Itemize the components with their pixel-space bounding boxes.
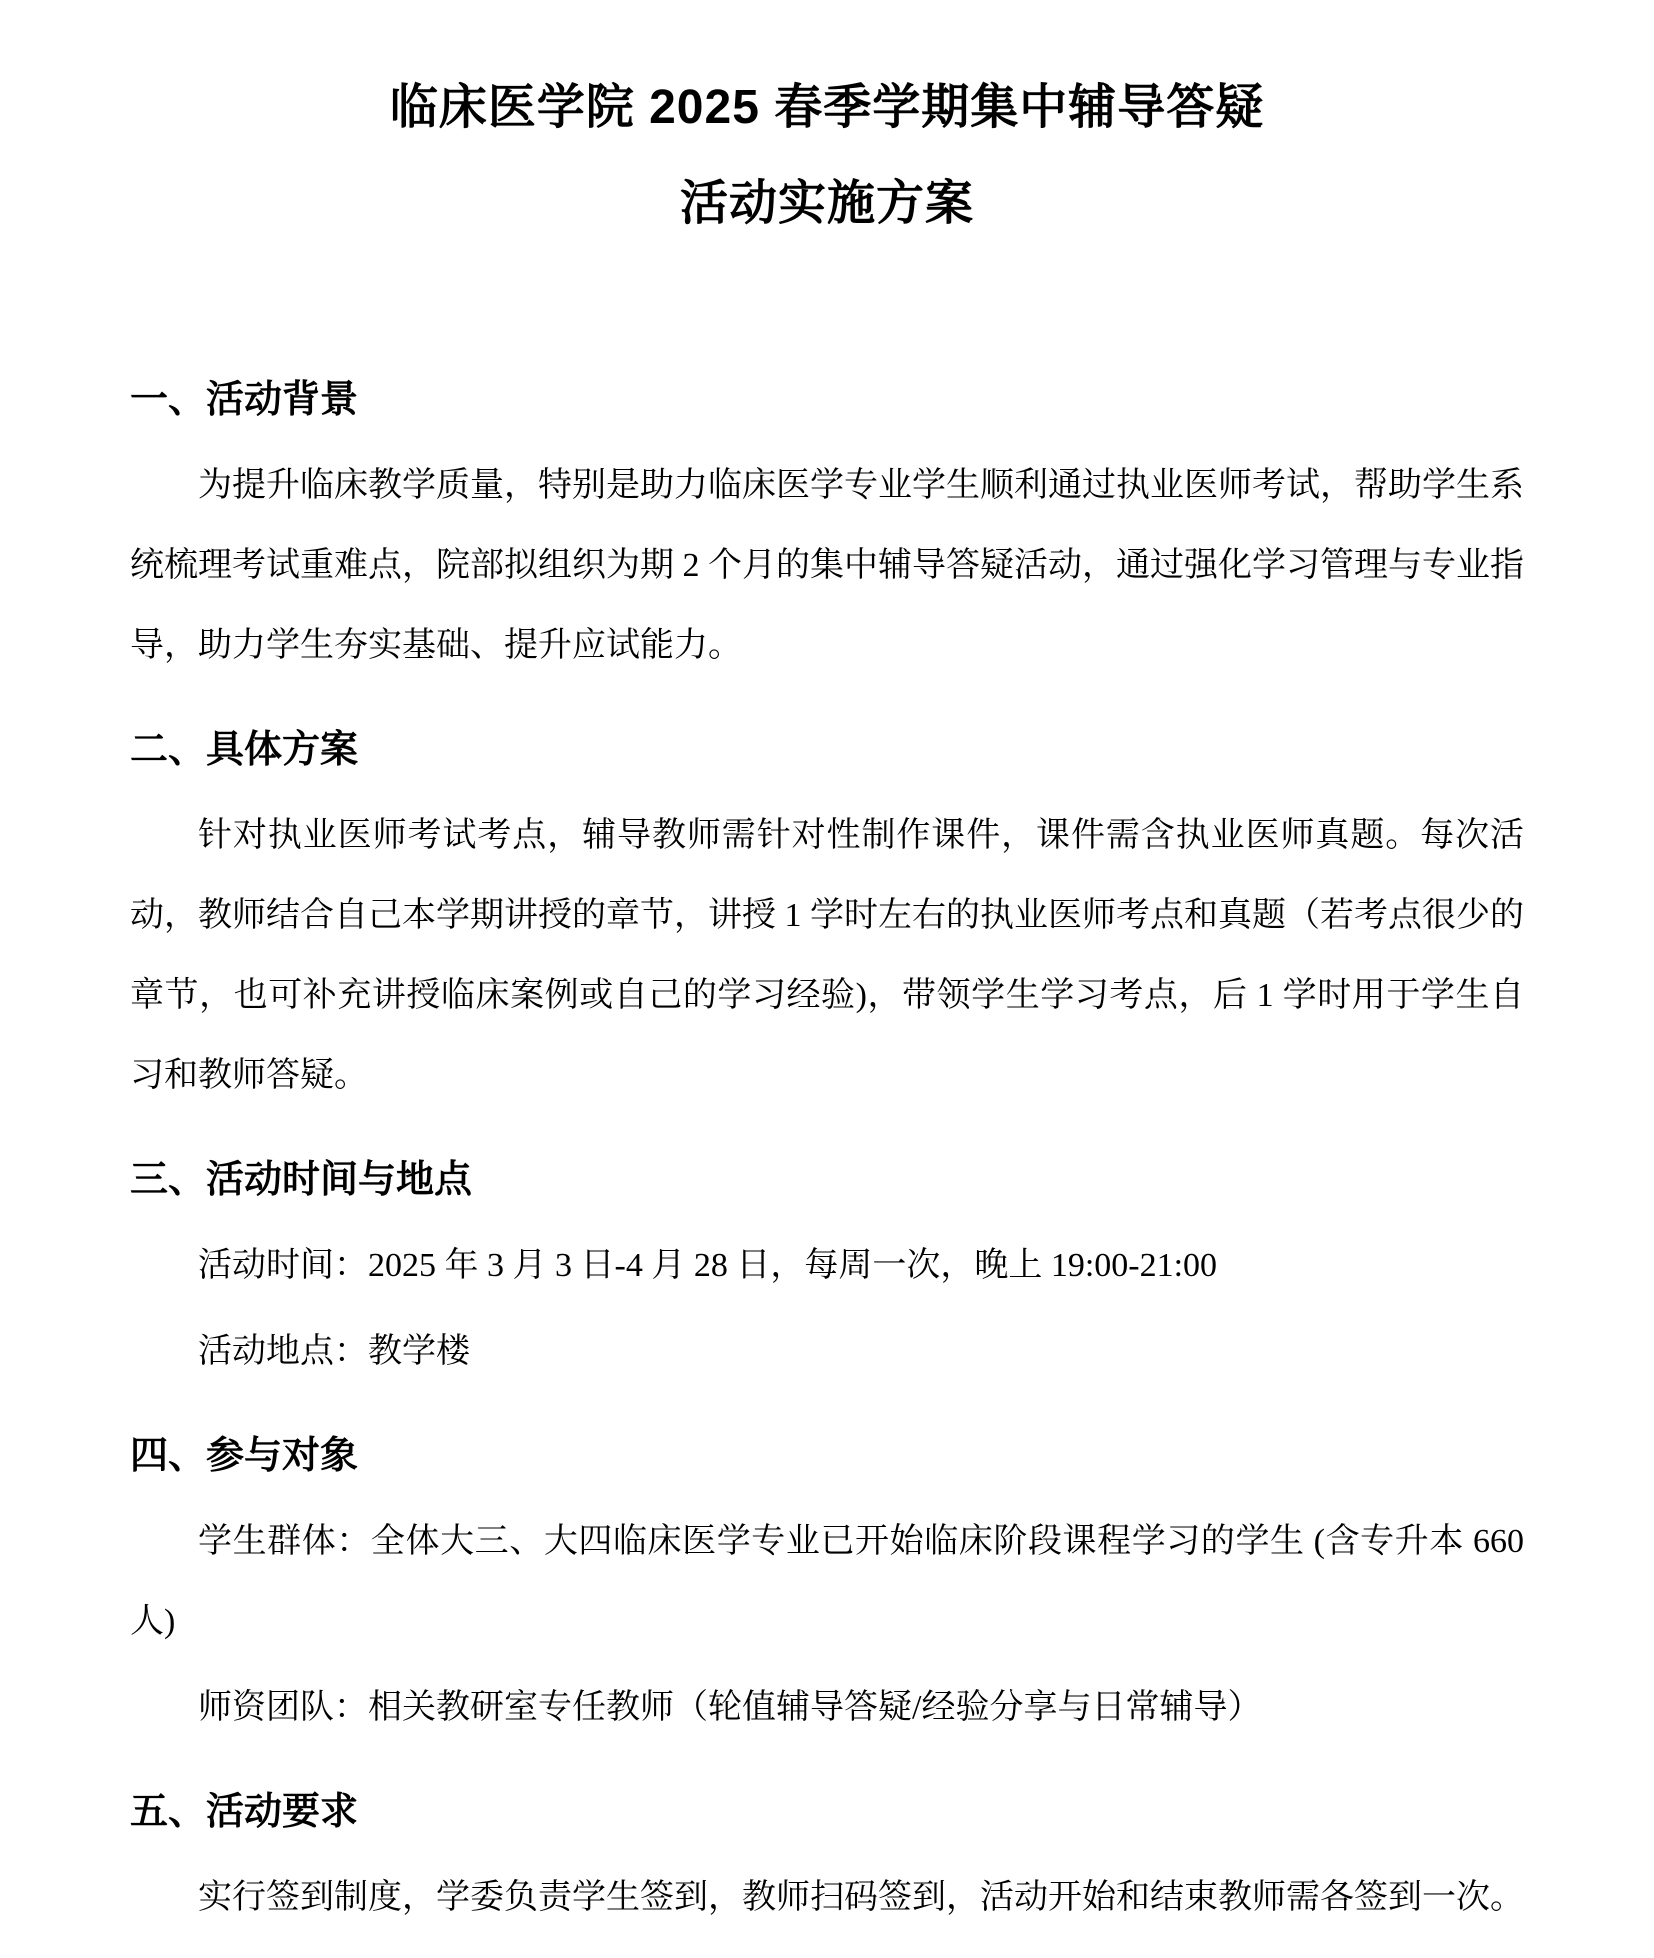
- section-2-paragraph: 针对执业医师考试考点，辅导教师需针对性制作课件，课件需含执业医师真题。每次活动，…: [130, 796, 1524, 1116]
- section-activity-requirements: 五、活动要求 实行签到制度，学委负责学生签到，教师扫码签到，活动开始和结束教师需…: [130, 1772, 1524, 1938]
- section-3-heading: 三、活动时间与地点: [130, 1140, 1524, 1220]
- section-concrete-plan: 二、具体方案 针对执业医师考试考点，辅导教师需针对性制作课件，课件需含执业医师真…: [130, 710, 1524, 1116]
- section-5-heading: 五、活动要求: [130, 1772, 1524, 1852]
- document-title-line-2: 活动实施方案: [130, 156, 1524, 252]
- section-participants: 四、参与对象 学生群体：全体大三、大四临床医学专业已开始临床阶段课程学习的学生 …: [130, 1416, 1524, 1748]
- document-title: 临床医学院 2025 春季学期集中辅导答疑 活动实施方案: [130, 60, 1524, 252]
- student-group-line: 学生群体：全体大三、大四临床医学专业已开始临床阶段课程学习的学生 (含专升本 6…: [130, 1502, 1524, 1662]
- section-time-and-place: 三、活动时间与地点 活动时间：2025 年 3 月 3 日-4 月 28 日，每…: [130, 1140, 1524, 1392]
- activity-place-line: 活动地点：教学楼: [130, 1312, 1524, 1392]
- section-1-heading: 一、活动背景: [130, 360, 1524, 440]
- teacher-team-line: 师资团队：相关教研室专任教师（轮值辅导答疑/经验分享与日常辅导）: [130, 1668, 1524, 1748]
- section-4-heading: 四、参与对象: [130, 1416, 1524, 1496]
- document-page: 临床医学院 2025 春季学期集中辅导答疑 活动实施方案 一、活动背景 为提升临…: [0, 0, 1654, 1958]
- activity-time-line: 活动时间：2025 年 3 月 3 日-4 月 28 日，每周一次，晚上 19:…: [130, 1226, 1524, 1306]
- section-2-heading: 二、具体方案: [130, 710, 1524, 790]
- document-title-line-1: 临床医学院 2025 春季学期集中辅导答疑: [130, 60, 1524, 156]
- section-5-paragraph: 实行签到制度，学委负责学生签到，教师扫码签到，活动开始和结束教师需各签到一次。: [130, 1858, 1524, 1938]
- section-activity-background: 一、活动背景 为提升临床教学质量，特别是助力临床医学专业学生顺利通过执业医师考试…: [130, 360, 1524, 686]
- section-1-paragraph: 为提升临床教学质量，特别是助力临床医学专业学生顺利通过执业医师考试，帮助学生系统…: [130, 446, 1524, 686]
